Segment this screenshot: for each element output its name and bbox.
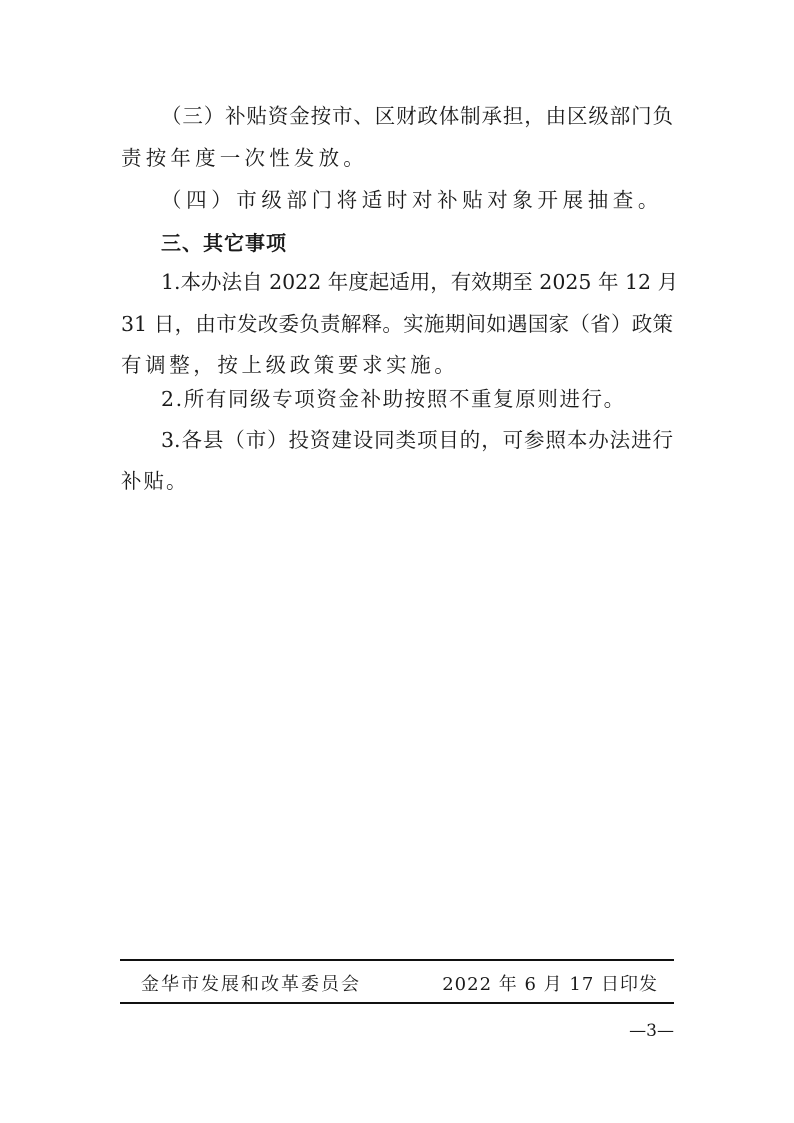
page-number: —3— [629, 1021, 674, 1041]
item-3-line-1: 3.各县（市）投资建设同类项目的，可参照本办法进行 [161, 427, 673, 453]
item-3-line-2: 补贴。 [121, 468, 673, 494]
document-page: （三）补贴资金按市、区财政体制承担，由区级部门负 责按年度一次性发放。 （四）市… [0, 0, 794, 1123]
paragraph-3-line-1: （三）补贴资金按市、区财政体制承担，由区级部门负 [161, 103, 673, 129]
item-1-line-3: 有调整，按上级政策要求实施。 [121, 352, 673, 378]
item-2: 2.所有同级专项资金补助按照不重复原则进行。 [161, 386, 713, 412]
footer-bottom-rule [120, 1002, 674, 1004]
item-1-line-2: 31 日，由市发改委负责解释。实施期间如遇国家（省）政策 [121, 311, 673, 337]
footer-top-rule [120, 959, 674, 961]
paragraph-3-line-2: 责按年度一次性发放。 [121, 145, 673, 171]
paragraph-4: （四）市级部门将适时对补贴对象开展抽查。 [161, 187, 713, 213]
issuer-name: 金华市发展和改革委员会 [141, 970, 361, 996]
item-1-line-1: 1.本办法自 2022 年度起适用，有效期至 2025 年 12 月 [161, 269, 673, 295]
issue-date: 2022 年 6 月 17 日印发 [442, 970, 658, 996]
section-heading: 三、其它事项 [161, 230, 713, 256]
